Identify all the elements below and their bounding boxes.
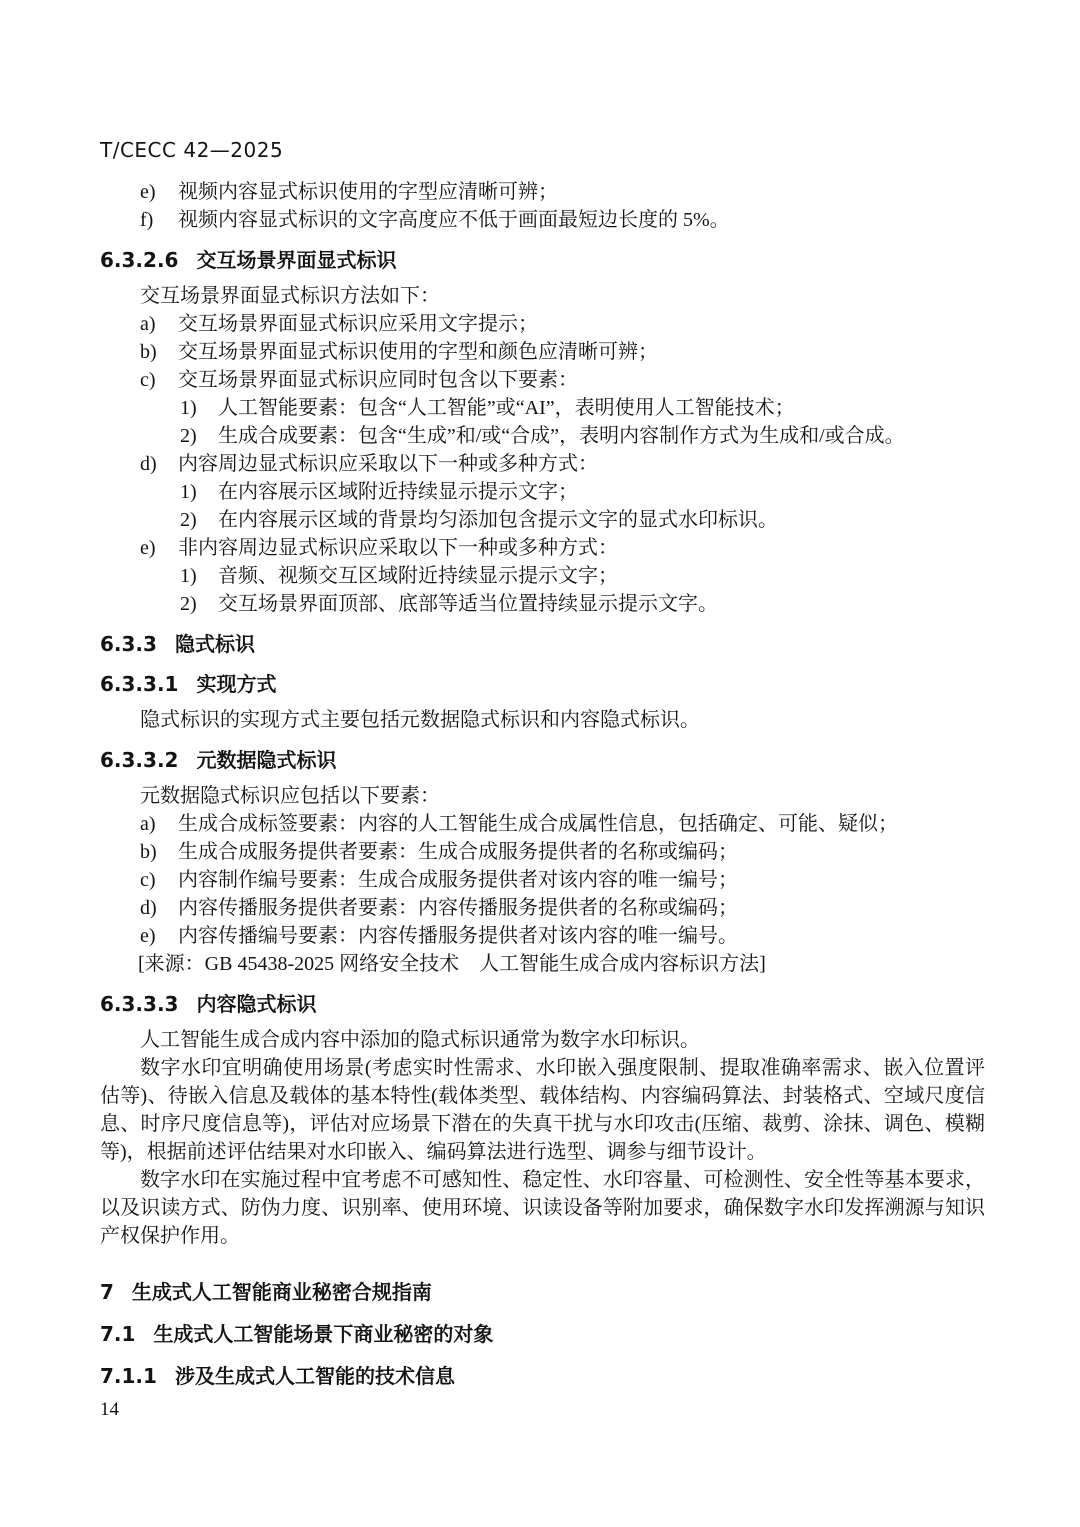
item-label: e) xyxy=(140,178,178,206)
clause-subitem: 1) 在内容展示区域附近持续显示提示文字； xyxy=(100,478,985,506)
clause-heading-7-1-1: 7.1.1 涉及生成式人工智能的技术信息 xyxy=(100,1362,985,1390)
page-number: 14 xyxy=(100,1398,119,1422)
item-label: 2) xyxy=(180,422,218,450)
item-label: f) xyxy=(140,206,178,234)
clause-item: f) 视频内容显式标识的文字高度应不低于画面最短边长度的 5%。 xyxy=(100,206,985,234)
heading-title: 隐式标识 xyxy=(175,630,255,658)
item-text: 内容传播编号要素：内容传播服务提供者对该内容的唯一编号。 xyxy=(178,922,738,950)
item-label: d) xyxy=(140,894,178,922)
item-text: 生成合成要素：包含“生成”和/或“合成”，表明内容制作方式为生成和/或合成。 xyxy=(218,422,905,450)
item-text: 生成合成服务提供者要素：生成合成服务提供者的名称或编码； xyxy=(178,838,738,866)
clause-item: b) 生成合成服务提供者要素：生成合成服务提供者的名称或编码； xyxy=(100,838,985,866)
clause-heading-6-3-3-2: 6.3.3.2 元数据隐式标识 xyxy=(100,746,985,774)
item-text: 视频内容显式标识使用的字型应清晰可辨； xyxy=(178,178,558,206)
heading-number: 7.1.1 xyxy=(100,1362,157,1390)
paragraph: 人工智能生成合成内容中添加的隐式标识通常为数字水印标识。 xyxy=(100,1026,985,1054)
clause-heading-6-3-3: 6.3.3 隐式标识 xyxy=(100,630,985,658)
item-label: 2) xyxy=(180,590,218,618)
clause-item: c) 交互场景界面显式标识应同时包含以下要素： xyxy=(100,366,985,394)
item-label: d) xyxy=(140,450,178,478)
item-label: c) xyxy=(140,366,178,394)
clause-item: e) 内容传播编号要素：内容传播服务提供者对该内容的唯一编号。 xyxy=(100,922,985,950)
item-label: a) xyxy=(140,310,178,338)
item-text: 生成合成标签要素：内容的人工智能生成合成属性信息，包括确定、可能、疑似； xyxy=(178,810,898,838)
heading-title: 内容隐式标识 xyxy=(196,990,316,1018)
heading-title: 实现方式 xyxy=(196,670,276,698)
item-label: 1) xyxy=(180,394,218,422)
clause-item: d) 内容周边显式标识应采取以下一种或多种方式： xyxy=(100,450,985,478)
item-text: 交互场景界面显式标识使用的字型和颜色应清晰可辨； xyxy=(178,338,658,366)
clause-subitem: 2) 在内容展示区域的背景均匀添加包含提示文字的显式水印标识。 xyxy=(100,506,985,534)
item-label: a) xyxy=(140,810,178,838)
item-text: 内容传播服务提供者要素：内容传播服务提供者的名称或编码； xyxy=(178,894,738,922)
clause-subitem: 2) 交互场景界面顶部、底部等适当位置持续显示提示文字。 xyxy=(100,590,985,618)
clause-item: c) 内容制作编号要素：生成合成服务提供者对该内容的唯一编号； xyxy=(100,866,985,894)
item-text: 内容周边显式标识应采取以下一种或多种方式： xyxy=(178,450,598,478)
heading-number: 6.3.2.6 xyxy=(100,246,178,274)
item-text: 人工智能要素：包含“人工智能”或“AI”，表明使用人工智能技术； xyxy=(218,394,795,422)
item-text: 音频、视频交互区域附近持续显示提示文字； xyxy=(218,562,618,590)
heading-title: 涉及生成式人工智能的技术信息 xyxy=(175,1362,455,1390)
heading-title: 生成式人工智能场景下商业秘密的对象 xyxy=(153,1320,493,1348)
heading-number: 6.3.3.1 xyxy=(100,670,178,698)
item-label: b) xyxy=(140,838,178,866)
item-text: 内容制作编号要素：生成合成服务提供者对该内容的唯一编号； xyxy=(178,866,738,894)
clause-heading-6-3-3-3: 6.3.3.3 内容隐式标识 xyxy=(100,990,985,1018)
item-text: 在内容展示区域的背景均匀添加包含提示文字的显式水印标识。 xyxy=(218,506,778,534)
paragraph: 交互场景界面显式标识方法如下： xyxy=(100,282,985,310)
clause-item: b) 交互场景界面显式标识使用的字型和颜色应清晰可辨； xyxy=(100,338,985,366)
item-text: 交互场景界面显式标识应同时包含以下要素： xyxy=(178,366,578,394)
item-label: e) xyxy=(140,922,178,950)
item-text: 交互场景界面显式标识应采用文字提示； xyxy=(178,310,538,338)
clause-item: a) 生成合成标签要素：内容的人工智能生成合成属性信息，包括确定、可能、疑似； xyxy=(100,810,985,838)
item-label: 2) xyxy=(180,506,218,534)
clause-heading-6-3-2-6: 6.3.2.6 交互场景界面显式标识 xyxy=(100,246,985,274)
clause-subitem: 2) 生成合成要素：包含“生成”和/或“合成”，表明内容制作方式为生成和/或合成… xyxy=(100,422,985,450)
item-label: b) xyxy=(140,338,178,366)
clause-item: e) 视频内容显式标识使用的字型应清晰可辨； xyxy=(100,178,985,206)
heading-number: 6.3.3.2 xyxy=(100,746,178,774)
clause-item: d) 内容传播服务提供者要素：内容传播服务提供者的名称或编码； xyxy=(100,894,985,922)
item-label: 1) xyxy=(180,478,218,506)
paragraph: 元数据隐式标识应包括以下要素： xyxy=(100,782,985,810)
clause-subitem: 1) 音频、视频交互区域附近持续显示提示文字； xyxy=(100,562,985,590)
item-text: 非内容周边显式标识应采取以下一种或多种方式： xyxy=(178,534,618,562)
item-text: 交互场景界面顶部、底部等适当位置持续显示提示文字。 xyxy=(218,590,718,618)
clause-heading-6-3-3-1: 6.3.3.1 实现方式 xyxy=(100,670,985,698)
item-label: e) xyxy=(140,534,178,562)
heading-title: 生成式人工智能商业秘密合规指南 xyxy=(132,1278,432,1306)
heading-number: 7 xyxy=(100,1278,114,1306)
doc-code: T/CECC 42—2025 xyxy=(100,138,985,162)
heading-title: 交互场景界面显式标识 xyxy=(196,246,396,274)
chapter-heading-7: 7 生成式人工智能商业秘密合规指南 xyxy=(100,1278,985,1306)
clause-item: a) 交互场景界面显式标识应采用文字提示； xyxy=(100,310,985,338)
clause-heading-7-1: 7.1 生成式人工智能场景下商业秘密的对象 xyxy=(100,1320,985,1348)
heading-number: 6.3.3 xyxy=(100,630,157,658)
clause-subitem: 1) 人工智能要素：包含“人工智能”或“AI”，表明使用人工智能技术； xyxy=(100,394,985,422)
heading-number: 6.3.3.3 xyxy=(100,990,178,1018)
heading-number: 7.1 xyxy=(100,1320,135,1348)
item-text: 在内容展示区域附近持续显示提示文字； xyxy=(218,478,578,506)
heading-title: 元数据隐式标识 xyxy=(196,746,336,774)
source-note: [来源：GB 45438-2025 网络安全技术 人工智能生成合成内容标识方法] xyxy=(100,950,985,978)
item-label: c) xyxy=(140,866,178,894)
document-page: T/CECC 42—2025 e) 视频内容显式标识使用的字型应清晰可辨； f)… xyxy=(0,0,1080,1527)
item-text: 视频内容显式标识的文字高度应不低于画面最短边长度的 5%。 xyxy=(178,206,730,234)
paragraph: 数字水印宜明确使用场景(考虑实时性需求、水印嵌入强度限制、提取准确率需求、嵌入位… xyxy=(100,1054,985,1166)
paragraph: 隐式标识的实现方式主要包括元数据隐式标识和内容隐式标识。 xyxy=(100,706,985,734)
clause-item: e) 非内容周边显式标识应采取以下一种或多种方式： xyxy=(100,534,985,562)
paragraph: 数字水印在实施过程中宜考虑不可感知性、稳定性、水印容量、可检测性、安全性等基本要… xyxy=(100,1166,985,1250)
item-label: 1) xyxy=(180,562,218,590)
